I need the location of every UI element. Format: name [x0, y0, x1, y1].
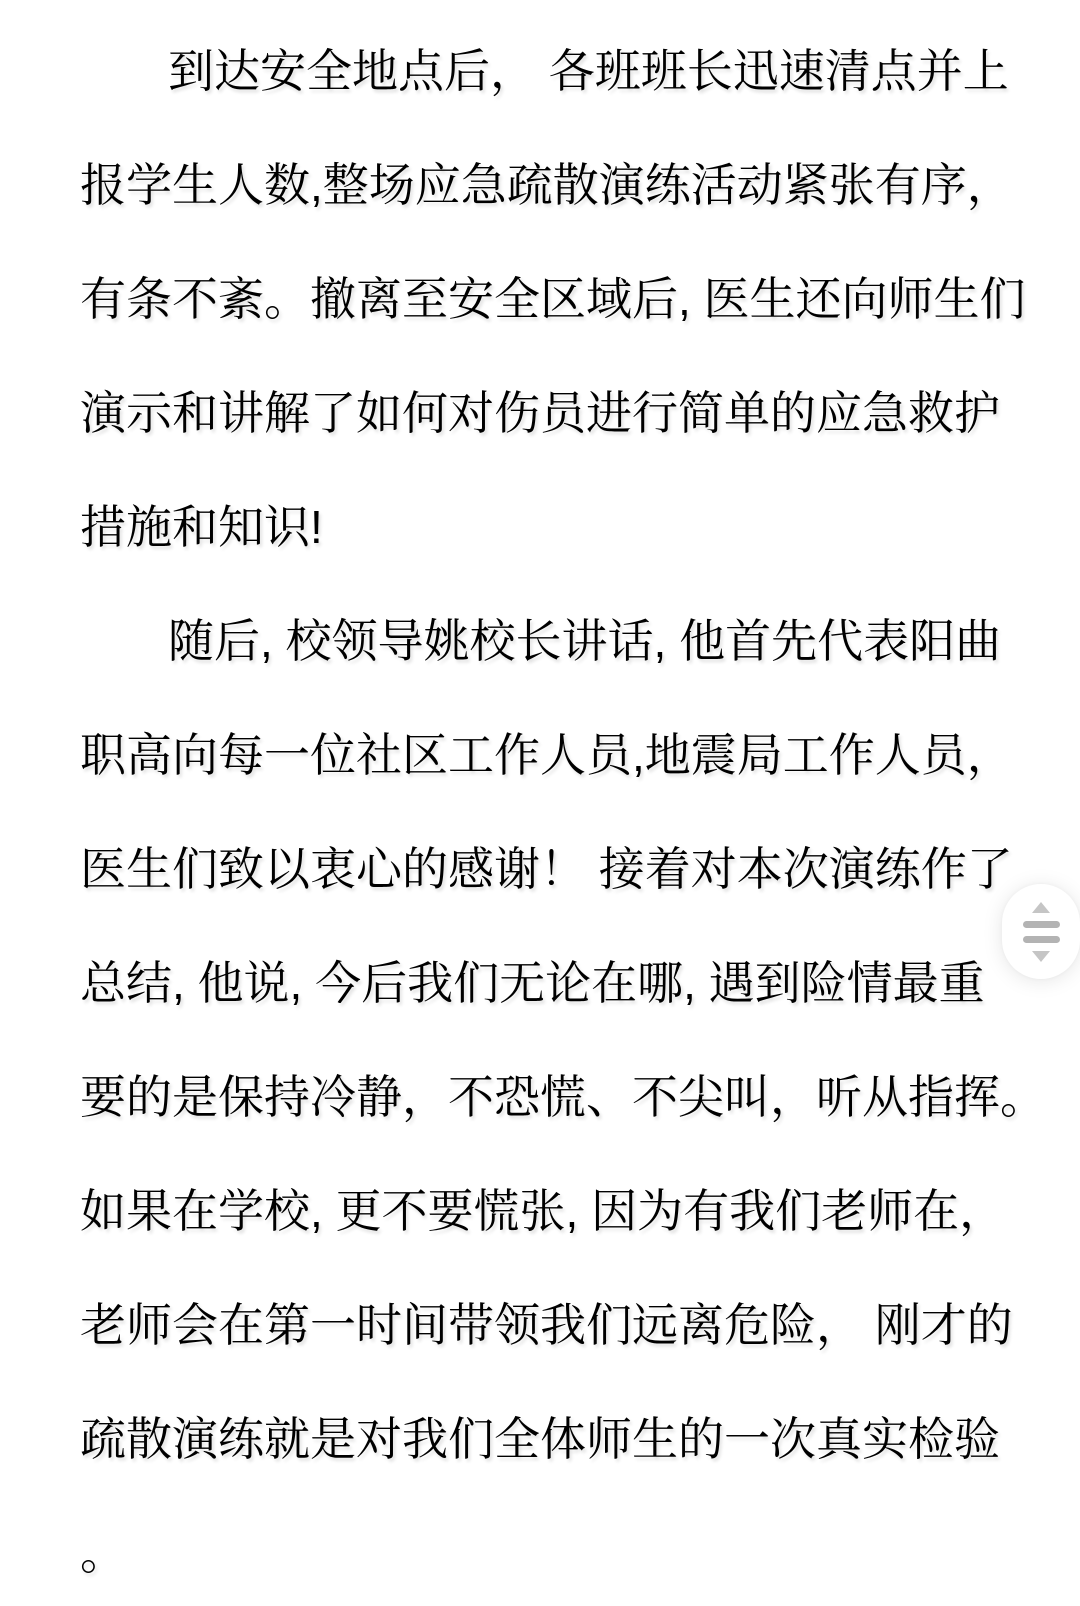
text-line: 随后, 校领导姚校长讲话, 他首先代表阳曲: [80, 584, 1004, 698]
text-line: 到达安全地点后， 各班班长迅速清点并上: [80, 14, 1004, 128]
text-line: 总结, 他说, 今后我们无论在哪, 遇到险情最重: [80, 926, 1004, 1040]
text-line: 疏散演练就是对我们全体师生的一次真实检验: [80, 1382, 1004, 1496]
text-line: 报学生人数,整场应急疏散演练活动紧张有序，: [80, 128, 1004, 242]
text-line: 如果在学校, 更不要慌张, 因为有我们老师在，: [80, 1154, 1004, 1268]
text-line: 演示和讲解了如何对伤员进行简单的应急救护: [80, 356, 1004, 470]
paragraph-2: 随后, 校领导姚校长讲话, 他首先代表阳曲 职高向每一位社区工作人员,地震局工作…: [80, 584, 1004, 1606]
paragraph-1: 到达安全地点后， 各班班长迅速清点并上 报学生人数,整场应急疏散演练活动紧张有序…: [80, 14, 1004, 584]
text-line: 老师会在第一时间带领我们远离危险， 刚才的: [80, 1268, 1004, 1382]
chevron-down-icon: [1032, 951, 1050, 962]
drag-handle-bar-icon: [1023, 936, 1060, 943]
scroll-handle[interactable]: [1002, 884, 1080, 979]
chevron-up-icon: [1032, 902, 1050, 913]
text-line: 有条不紊。撤离至安全区域后, 医生还向师生们: [80, 242, 1004, 356]
drag-handle-bar-icon: [1023, 921, 1060, 928]
text-line: 。: [80, 1496, 1004, 1606]
text-line: 医生们致以衷心的感谢！ 接着对本次演练作了: [80, 812, 1004, 926]
text-line: 措施和知识!: [80, 470, 1004, 584]
article-text: 到达安全地点后， 各班班长迅速清点并上 报学生人数,整场应急疏散演练活动紧张有序…: [0, 0, 1080, 1606]
text-line: 职高向每一位社区工作人员,地震局工作人员，: [80, 698, 1004, 812]
text-line: 要的是保持冷静，不恐慌、不尖叫，听从指挥。: [80, 1040, 1004, 1154]
